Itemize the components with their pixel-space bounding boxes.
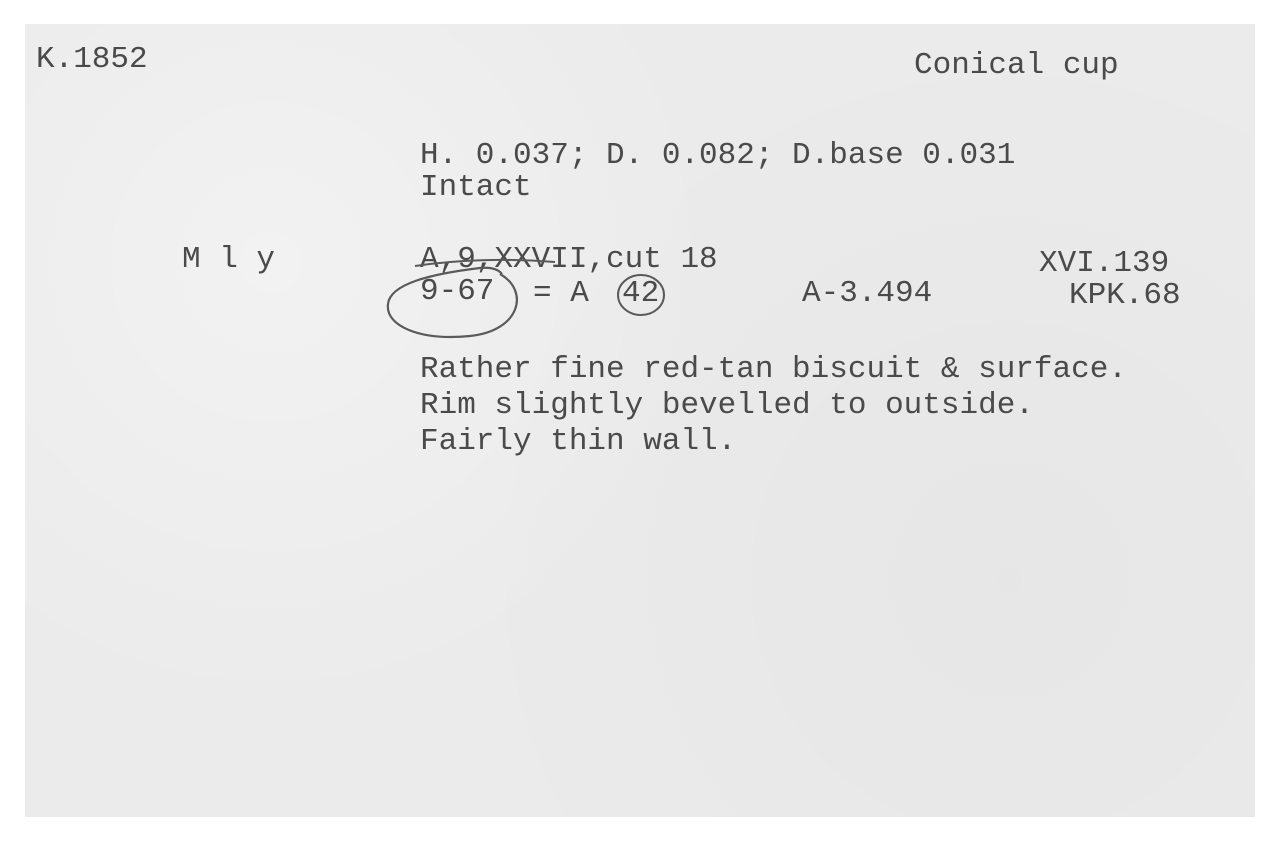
index-card: K.1852 Conical cup H. 0.037; D. 0.082; D… [25, 24, 1255, 817]
inventory-number: A-3.494 [802, 278, 932, 309]
description-line-2: Rim slightly bevelled to outside. [420, 390, 1034, 421]
description-line-3: Fairly thin wall. [420, 426, 736, 457]
cross-ref-2: KPK.68 [1069, 280, 1181, 311]
period-code: M l y [182, 244, 275, 275]
catalog-number: K.1852 [36, 44, 148, 75]
context-original: A,9,XXVII,cut 18 [420, 244, 718, 275]
cross-ref-1: XVI.139 [1039, 248, 1169, 279]
context-revised: 9-67 [420, 276, 494, 307]
circled-number: 42 [622, 278, 659, 309]
equals-label: = A [533, 278, 589, 309]
condition: Intact [420, 172, 532, 203]
description-line-1: Rather fine red-tan biscuit & surface. [420, 354, 1127, 385]
dimensions: H. 0.037; D. 0.082; D.base 0.031 [420, 140, 1015, 171]
object-type: Conical cup [914, 50, 1119, 81]
